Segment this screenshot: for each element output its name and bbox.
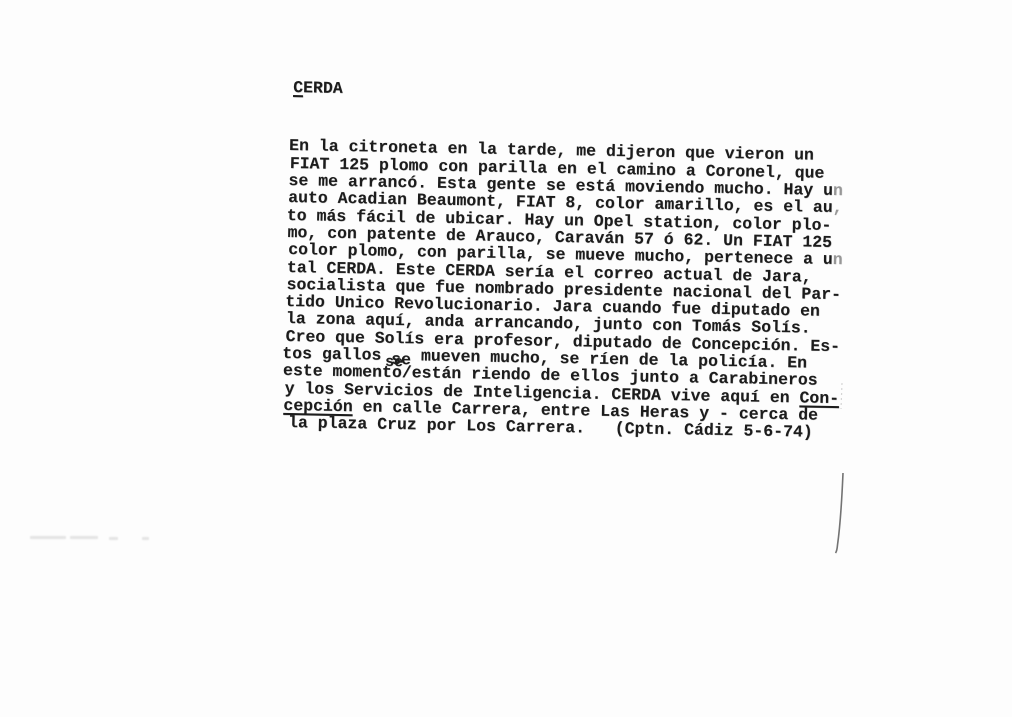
document-lines: En la citroneta en la tarde, me dijeron … bbox=[284, 137, 845, 441]
smudge-artifact bbox=[142, 537, 149, 540]
document-heading: CERDA bbox=[293, 79, 846, 106]
smudge-artifact bbox=[30, 536, 66, 539]
typewritten-text-block: CERDA En la citroneta en la tarde, me di… bbox=[283, 44, 846, 476]
text-segment: , bbox=[833, 198, 843, 217]
smudge-artifact bbox=[70, 536, 98, 539]
text-segment: C bbox=[293, 78, 303, 97]
smudge-artifact bbox=[109, 537, 118, 540]
faint-dash-artifact bbox=[841, 383, 842, 409]
scanned-document-page: CERDA En la citroneta en la tarde, me di… bbox=[0, 0, 1012, 717]
pen-stroke-artifact bbox=[836, 473, 844, 553]
text-segment: n bbox=[833, 250, 843, 269]
text-segment: ERDA bbox=[303, 78, 343, 98]
